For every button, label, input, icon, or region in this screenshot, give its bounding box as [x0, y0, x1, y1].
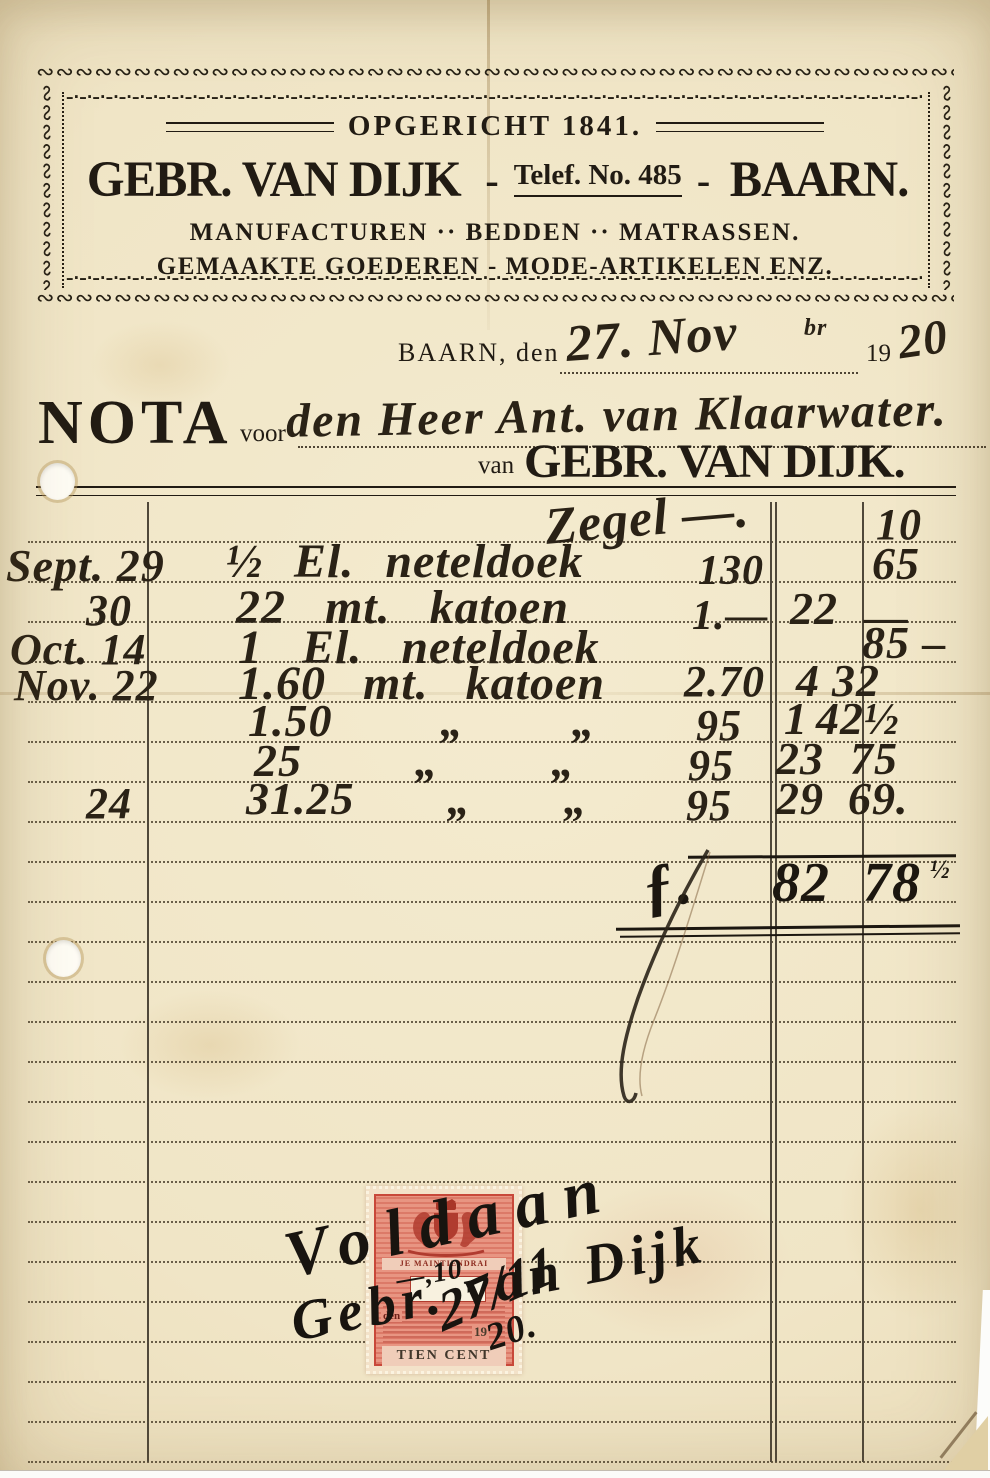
nota-title: NOTA [38, 388, 233, 459]
products-line-1: MANUFACTUREN ·· BEDDEN ·· MATRASSEN. [70, 219, 920, 247]
ruled-line [28, 981, 956, 983]
stamp-value: TIEN CENT [382, 1346, 506, 1366]
row-unit-price: 130 [698, 553, 764, 591]
row-unit-price: 95 [686, 786, 732, 826]
separator-dash: - [485, 157, 498, 204]
ruled-line [28, 1381, 956, 1383]
ruled-line [28, 941, 956, 943]
phone-number: Telef. No. 485 [514, 159, 682, 197]
inner-border-top: –·–·–·–·–·–·–·–·–·–·–·–·–·–·–·–·–·–·–·–·… [66, 90, 922, 107]
ruled-line [28, 1461, 956, 1463]
row-unit-price: 2.70 [684, 662, 765, 702]
founded-text: OPGERICHT 1841. [348, 110, 642, 143]
total-amount: 82 78 [772, 858, 921, 908]
separator-dash: - [697, 157, 710, 204]
row-date: Nov. 22 [14, 666, 159, 706]
scan-bottom-edge [0, 1470, 990, 1478]
punch-hole-top [40, 463, 75, 500]
audit-flourish [560, 838, 760, 1128]
border-ornament-top: ∾∾∾∾∾∾∾∾∾∾∾∾∾∾∾∾∾∾∾∾∾∾∾∾∾∾∾∾∾∾∾∾∾∾∾∾∾∾∾∾… [36, 62, 954, 86]
voor-label: voor [240, 420, 286, 448]
founded-rule-left [166, 122, 334, 132]
seller-name: GEBR. VAN DIJK. [524, 434, 905, 489]
row-description: 31.25 „ „ [246, 778, 588, 819]
border-ornament-left: ∾∾∾∾∾∾∾∾∾∾∾∾∾∾ [33, 84, 57, 290]
place-label: BAARN, den [398, 338, 560, 368]
row-guilders: 22 [790, 588, 838, 629]
row-description: ½ El. neteldoek [226, 540, 584, 583]
column-rule-price-b [775, 502, 777, 1462]
founded-line: OPGERICHT 1841. [70, 110, 920, 143]
column-rule-price-a [770, 502, 772, 1462]
date-dotted-line [560, 372, 858, 374]
row-date: 24 [86, 784, 132, 824]
company-line: GEBR. VAN DIJK - Telef. No. 485 - BAARN. [70, 151, 920, 209]
row-guilders: 29 [776, 778, 824, 819]
invoice-scan: ∾∾∾∾∾∾∾∾∾∾∾∾∾∾∾∾∾∾∾∾∾∾∾∾∾∾∾∾∾∾∾∾∾∾∾∾∾∾∾∾… [0, 0, 990, 1478]
founded-rule-right [656, 122, 824, 132]
column-rule-date [147, 502, 149, 1462]
handwritten-date: 27. Nov [565, 310, 739, 369]
handwritten-date-sup: br [804, 318, 827, 340]
ruled-line [28, 1061, 956, 1063]
ruled-line [28, 1141, 956, 1143]
row-date: Sept. 29 [6, 545, 165, 586]
products-line-2: GEMAAKTE GOEDEREN - MODE-ARTIKELEN ENZ. [70, 253, 920, 281]
header-rule [36, 486, 956, 496]
handwritten-year: 20 [895, 315, 951, 365]
row-unit-price: 1.— [692, 598, 769, 636]
company-header: OPGERICHT 1841. GEBR. VAN DIJK - Telef. … [70, 110, 920, 281]
row-cents: 65 [872, 543, 920, 584]
company-name: GEBR. VAN DIJK [87, 151, 461, 209]
ruled-line [28, 1421, 956, 1423]
border-ornament-bottom: ∾∾∾∾∾∾∾∾∾∾∾∾∾∾∾∾∾∾∾∾∾∾∾∾∾∾∾∾∾∾∾∾∾∾∾∾∾∾∾∾… [36, 288, 954, 312]
border-ornament-right: ∾∾∾∾∾∾∾∾∾∾∾∾∾∾ [933, 84, 957, 290]
printed-year: 19 [866, 340, 891, 368]
row-unit-price: 95 [688, 746, 734, 786]
total-amount-sup: ½ [930, 858, 951, 881]
punch-hole-bottom [46, 940, 81, 977]
ruled-line [28, 1021, 956, 1023]
company-city: BAARN. [730, 151, 909, 209]
row-unit-price: 95 [696, 706, 742, 746]
ruled-line [28, 1101, 956, 1103]
van-label: van [478, 452, 514, 480]
row-cents: 69. [848, 778, 909, 819]
